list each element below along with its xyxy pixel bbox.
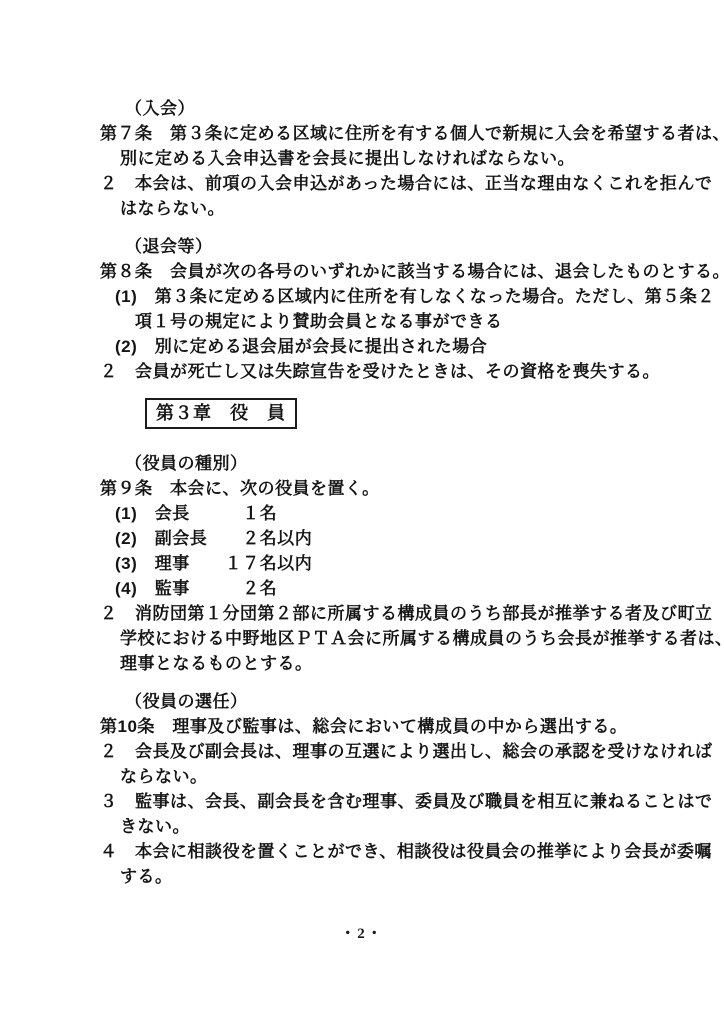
article-heading: （退会等） bbox=[100, 234, 645, 259]
doc-line: ２ 会員が死亡し又は失踪宣告を受けたときは、その資格を喪失する。 bbox=[100, 359, 645, 384]
section-taikai: （退会等） 第８条 会員が次の各号のいずれかに該当する場合には、退会したものとす… bbox=[100, 234, 645, 384]
doc-line: ４ 本会に相談役を置くことができ、相談役は役員会の推挙により会長が委嘱 bbox=[100, 839, 645, 864]
article-heading: （役員の選任） bbox=[100, 689, 645, 714]
doc-list-item: (3) 理事 １７名以内 bbox=[100, 551, 645, 576]
article-heading: （役員の種別） bbox=[100, 451, 645, 476]
doc-list-item: (2) 別に定める退会届が会長に提出された場合 bbox=[100, 334, 645, 359]
doc-line: 第８条 会員が次の各号のいずれかに該当する場合には、退会したものとする。 bbox=[100, 259, 645, 284]
page-number: ・2・ bbox=[0, 922, 724, 943]
doc-line: 第７条 第３条に定める区域に住所を有する個人で新規に入会を希望する者は、 bbox=[100, 121, 645, 146]
doc-list-item: (1) 会長 １名 bbox=[100, 501, 645, 526]
doc-list-item: (2) 副会長 ２名以内 bbox=[100, 526, 645, 551]
doc-line: 第10条 理事及び監事は、総会において構成員の中から選出する。 bbox=[100, 714, 645, 739]
document-body: （入会） 第７条 第３条に定める区域に住所を有する個人で新規に入会を希望する者は… bbox=[100, 96, 645, 889]
doc-line: 項１号の規定により賛助会員となる事ができる bbox=[100, 309, 645, 334]
doc-list-item: (1) 第３条に定める区域内に住所を有しなくなった場合。ただし、第５条２ bbox=[100, 284, 645, 309]
doc-line: ２ 会長及び副会長は、理事の互選により選出し、総会の承認を受けなければ bbox=[100, 739, 645, 764]
doc-line: 学校における中野地区ＰＴＡ会に所属する構成員のうち会長が推挙する者は、 bbox=[100, 626, 645, 651]
doc-line: 第９条 本会に、次の役員を置く。 bbox=[100, 476, 645, 501]
doc-line: する。 bbox=[100, 864, 645, 889]
doc-line: 理事となるものとする。 bbox=[100, 651, 645, 676]
doc-line: はならない。 bbox=[100, 196, 645, 221]
doc-line: 別に定める入会申込書を会長に提出しなければならない。 bbox=[100, 146, 645, 171]
section-yakuin-shubetsu: （役員の種別） 第９条 本会に、次の役員を置く。 (1) 会長 １名 (2) 副… bbox=[100, 451, 645, 676]
doc-line: きない。 bbox=[100, 814, 645, 839]
doc-line: ２ 本会は、前項の入会申込があった場合には、正当な理由なくこれを拒んで bbox=[100, 171, 645, 196]
doc-line: ２ 消防団第１分団第２部に所属する構成員のうち部長が推挙する者及び町立 bbox=[100, 601, 645, 626]
chapter-heading-row: 第３章 役 員 bbox=[100, 398, 645, 429]
doc-line: ３ 監事は、会長、副会長を含む理事、委員及び職員を相互に兼ねることはで bbox=[100, 789, 645, 814]
section-nyukai: （入会） 第７条 第３条に定める区域に住所を有する個人で新規に入会を希望する者は… bbox=[100, 96, 645, 221]
article-heading: （入会） bbox=[100, 96, 645, 121]
doc-line: ならない。 bbox=[100, 764, 645, 789]
chapter-heading: 第３章 役 員 bbox=[145, 398, 297, 429]
section-yakuin-sennin: （役員の選任） 第10条 理事及び監事は、総会において構成員の中から選出する。 … bbox=[100, 689, 645, 889]
document-page: （入会） 第７条 第３条に定める区域に住所を有する個人で新規に入会を希望する者は… bbox=[0, 0, 724, 1024]
doc-list-item: (4) 監事 ２名 bbox=[100, 576, 645, 601]
